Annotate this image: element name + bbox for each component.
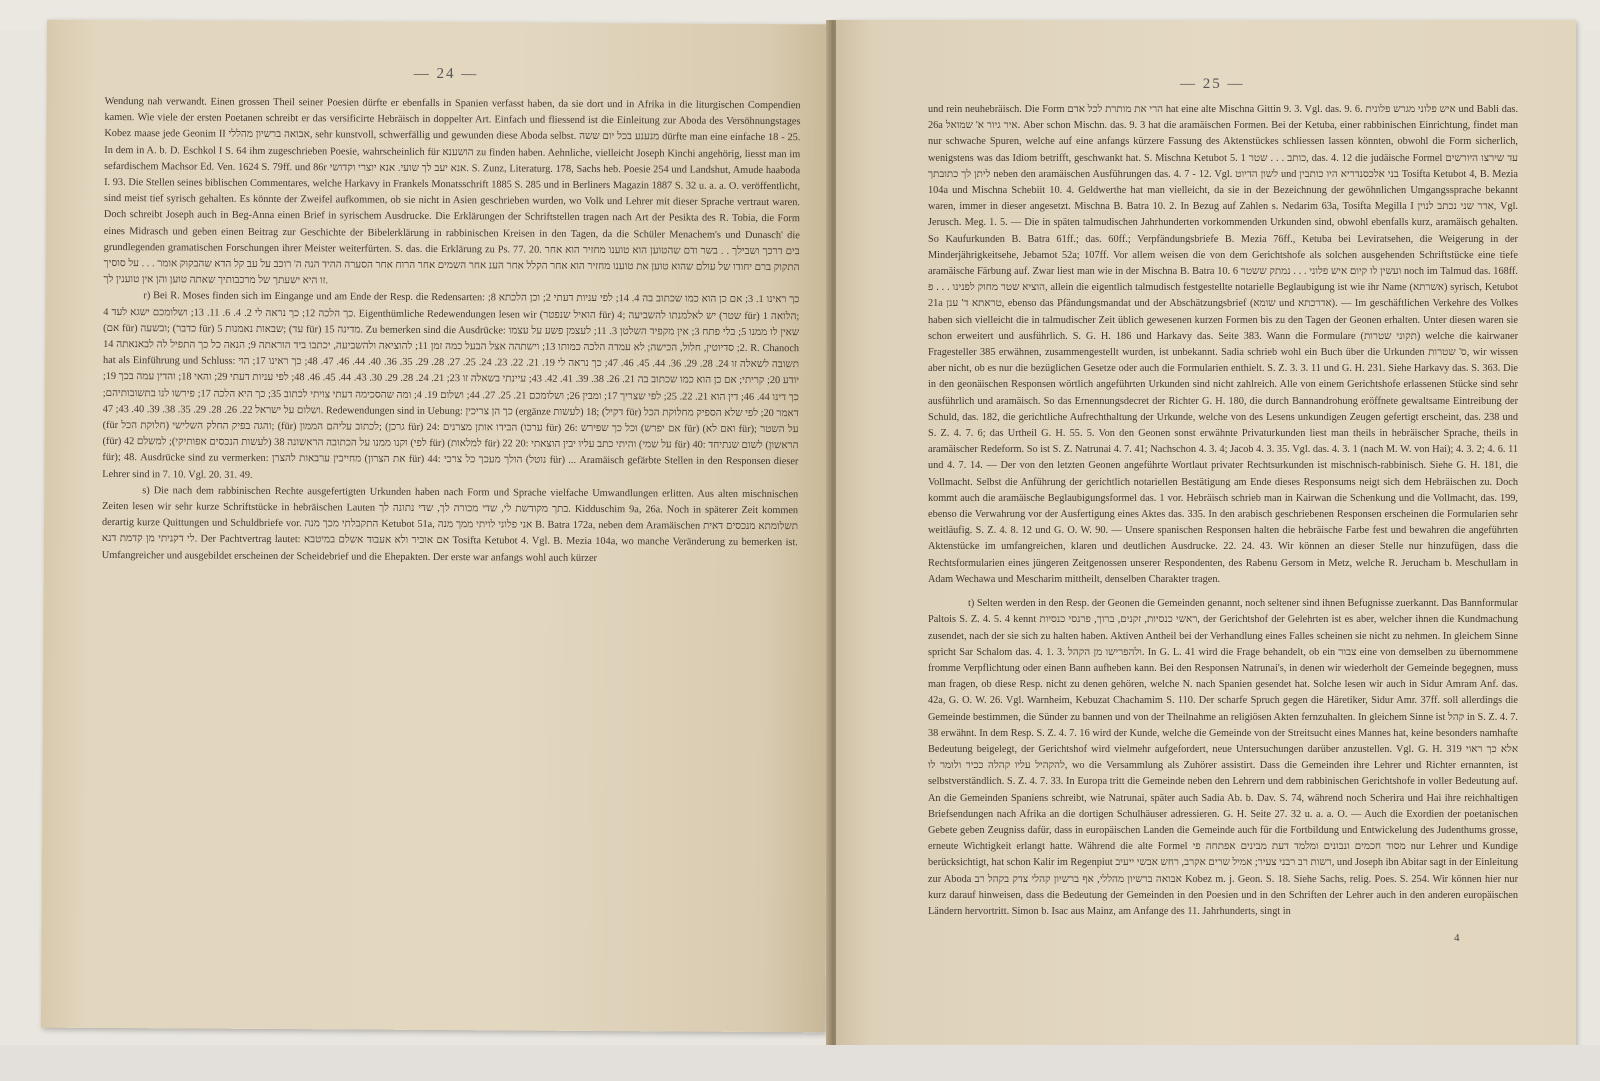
page-number: — 24 —: [414, 66, 479, 83]
footnote-r: r) Bei R. Moses finden sich im Eingange …: [102, 288, 799, 487]
table-surface: [0, 1045, 1600, 1081]
paragraph: Wendung nah verwandt. Einen grossen Thei…: [103, 94, 800, 293]
page-number: — 25 —: [1180, 76, 1245, 93]
left-page-body: Wendung nah verwandt. Einen grossen Thei…: [102, 94, 801, 568]
right-page: — 25 — und rein neuhebräisch. Die Form ה…: [836, 20, 1576, 1050]
signature-mark: 4: [1454, 932, 1460, 944]
footnote-s: s) Die nach dem rabbinischen Rechte ausg…: [102, 483, 798, 568]
left-page: — 24 — Wendung nah verwandt. Einen gross…: [41, 20, 831, 1033]
paragraph: und rein neuhebräisch. Die Form הרי את מ…: [928, 102, 1518, 588]
right-page-body: und rein neuhebräisch. Die Form הרי את מ…: [928, 102, 1518, 920]
footnote-t: t) Selten werden in den Resp. der Geonen…: [928, 596, 1518, 920]
